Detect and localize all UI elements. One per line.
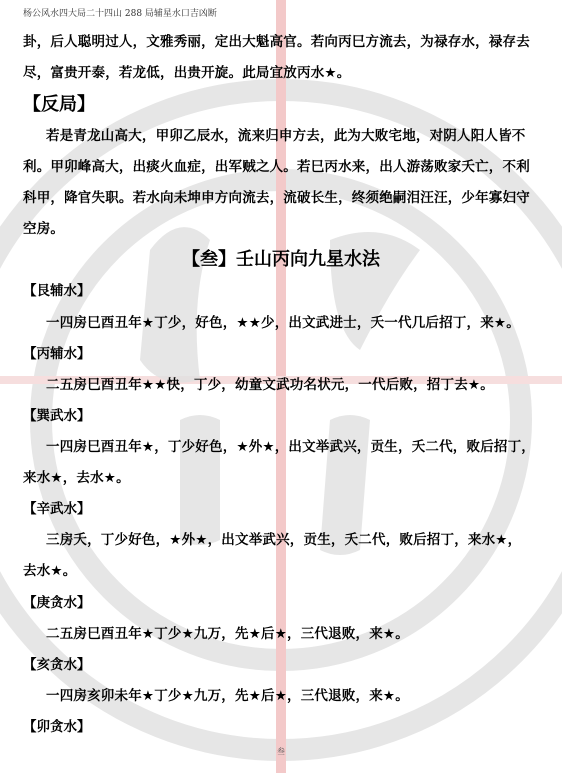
entry-line: 来水★，去水★。 xyxy=(23,466,542,486)
entry-heading: 【丙辅水】 xyxy=(23,342,91,362)
intro-line: 尽，富贵开泰，若龙低，出贵开旋。此局宜放丙水★。 xyxy=(23,61,542,81)
entry-heading: 【巽武水】 xyxy=(23,404,91,424)
fanju-line: 利。甲卯峰高大，出痰火血症，出军贼之人。若巳丙水来，出人游荡败家夭亡，不利 xyxy=(23,155,542,175)
entry-line: 二五房巳酉丑年★★快，丁少，幼童文武功名状元，一代后败，招丁去★。 xyxy=(46,373,542,393)
entry-heading: 【亥贪水】 xyxy=(23,653,91,673)
entry-heading: 【艮辅水】 xyxy=(23,279,91,299)
section-heading-fanju: 【反局】 xyxy=(23,90,95,116)
chapter-heading: 【叁】壬山丙向九星水法 xyxy=(0,245,562,271)
entry-line: 一四房亥卯未年★丁少★九万，先★后★，三代退败，来★。 xyxy=(46,684,542,704)
page-header: 杨公风水四大局二十四山 288 局辅星水口吉凶断 xyxy=(23,6,217,19)
entry-line: 三房夭，丁少好色，★外★，出文举武兴，贡生，夭二代，败后招丁，来水★， xyxy=(46,528,542,548)
fanju-line: 科甲，降官失职。若水向未坤申方向流去，流破长生，终须绝嗣泪汪汪，少年寡妇守 xyxy=(23,186,542,206)
entry-heading: 【卯贪水】 xyxy=(23,715,91,735)
entry-line: 去水★。 xyxy=(23,559,542,579)
intro-line: 卦，后人聪明过人，文雅秀丽，定出大魁高官。若向丙巳方流去，为禄存水，禄存去 xyxy=(23,30,542,50)
entry-heading: 【庚贪水】 xyxy=(23,591,91,611)
page-number: 叁 xyxy=(0,746,562,757)
fanju-line: 空房。 xyxy=(23,217,542,237)
entry-line: 二五房巳酉丑年★丁少★九万，先★后★，三代退败，来★。 xyxy=(46,622,542,642)
entry-line: 一四房巳酉丑年★丁少，好色，★★少，出文武进士，夭一代几后招丁，来★。 xyxy=(46,311,542,331)
entry-line: 一四房巳酉丑年★，丁少好色，★外★，出文举武兴，贡生，夭二代，败后招丁， xyxy=(46,435,542,455)
fanju-line: 若是青龙山高大，甲卯乙辰水，流来归申方去，此为大败宅地，对阴人阳人皆不 xyxy=(46,124,542,144)
entry-heading: 【辛武水】 xyxy=(23,497,91,517)
